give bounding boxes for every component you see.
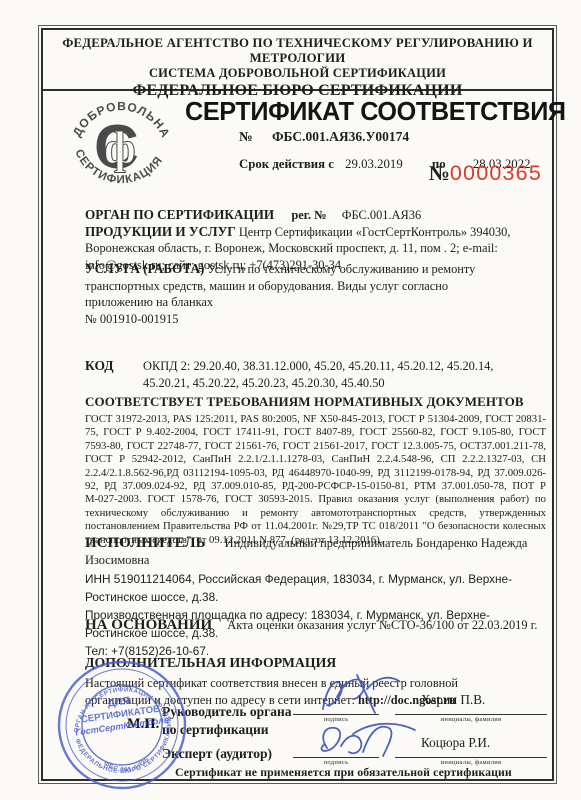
serial-number-digits: 0000365 — [450, 161, 542, 185]
serial-number-sign: № — [429, 161, 450, 185]
bottom-note: Сертификат не применяется при обязательн… — [175, 765, 512, 780]
certificate-number-sign: № — [239, 129, 253, 144]
reg-number-value: ФБС.001.АЯ36 — [342, 208, 421, 222]
code-values: ОКПД 2: 29.20.40, 38.31.12.000, 45.20, 4… — [143, 358, 546, 391]
certificate-number-value: ФБС.001.АЯ36.У00174 — [272, 129, 409, 144]
expert-name: Коцюра Р.И. — [421, 735, 490, 751]
voluntary-certification-logo-icon: ДОБРОВОЛЬНАЯ СЕРТИФИКАЦИЯ С ф — [58, 88, 184, 202]
standards-list: ГОСТ 31972-2013, PAS 125:2011, PAS 80:20… — [85, 413, 546, 547]
products-services-label: ПРОДУКЦИИ И УСЛУГ — [85, 224, 236, 239]
executor-inn-line: ИНН 519011214064, Российская Федерация, … — [85, 570, 546, 606]
agency-name: ФЕДЕРАЛЬНОЕ АГЕНТСТВО ПО ТЕХНИЧЕСКОМУ РЕ… — [43, 36, 552, 66]
service-section: УСЛУГА (РАБОТА) Услуги по техническому о… — [85, 261, 518, 327]
executor-label: ИСПОЛНИТЕЛЬ — [85, 535, 206, 551]
certification-body-label: ОРГАН ПО СЕРТИФИКАЦИИ — [85, 207, 274, 222]
expert-signature-icon — [313, 718, 425, 766]
certification-body-reg-line: ОРГАН ПО СЕРТИФИКАЦИИ рег. № ФБС.001.АЯ3… — [85, 207, 546, 224]
executor-section: ИСПОЛНИТЕЛЬ Индивидуальный предпринимате… — [85, 535, 546, 660]
document-title: СЕРТИФИКАТ СООТВЕТСТВИЯ — [185, 96, 566, 127]
reg-number-label: рег. № — [291, 208, 326, 222]
agency-header: ФЕДЕРАЛЬНОЕ АГЕНТСТВО ПО ТЕХНИЧЕСКОМУ РЕ… — [43, 30, 552, 91]
code-label: КОД — [85, 358, 143, 391]
service-label: УСЛУГА (РАБОТА) — [85, 261, 204, 276]
basis-label: НА ОСНОВАНИИ — [85, 617, 212, 633]
validity-label: Срок действия с — [239, 157, 334, 171]
head-name: Харин П.В. — [421, 692, 485, 708]
certificate-number-line: № ФБС.001.АЯ36.У00174 — [239, 129, 409, 145]
basis-section: НА ОСНОВАНИИ Акта оценки оказания услуг … — [85, 617, 546, 634]
executor-name-line: ИСПОЛНИТЕЛЬ Индивидуальный предпринимате… — [85, 535, 546, 568]
service-blanks-line: № 001910-001915 — [85, 311, 518, 328]
certification-stamp-icon: ОРГАН ПО СЕРТИФИКАЦИИ ПРОДУКЦИИ И УСЛУГ … — [46, 649, 197, 800]
serial-number: №0000365 — [429, 161, 542, 186]
logo-letter-f: ф — [104, 122, 136, 173]
system-name: СИСТЕМА ДОБРОВОЛЬНОЙ СЕРТИФИКАЦИИ — [43, 66, 552, 81]
code-section: КОД ОКПД 2: 29.20.40, 38.31.12.000, 45.2… — [85, 358, 546, 391]
certificate-inner-frame: ФЕДЕРАЛЬНОЕ АГЕНТСТВО ПО ТЕХНИЧЕСКОМУ РЕ… — [41, 28, 554, 781]
standards-heading: СООТВЕТСТВУЕТ ТРЕБОВАНИЯМ НОРМАТИВНЫХ ДО… — [85, 394, 546, 411]
executor-details: ИНН 519011214064, Российская Федерация, … — [85, 570, 546, 660]
head-signature-icon — [317, 671, 417, 717]
certificate-outer-frame: ФЕДЕРАЛЬНОЕ АГЕНТСТВО ПО ТЕХНИЧЕСКОМУ РЕ… — [38, 25, 557, 784]
service-text-line: УСЛУГА (РАБОТА) Услуги по техническому о… — [85, 261, 518, 311]
valid-from-date: 29.03.2019 — [345, 157, 403, 171]
basis-text: Акта оценки оказания услуг №СТО-36/100 о… — [227, 618, 537, 632]
